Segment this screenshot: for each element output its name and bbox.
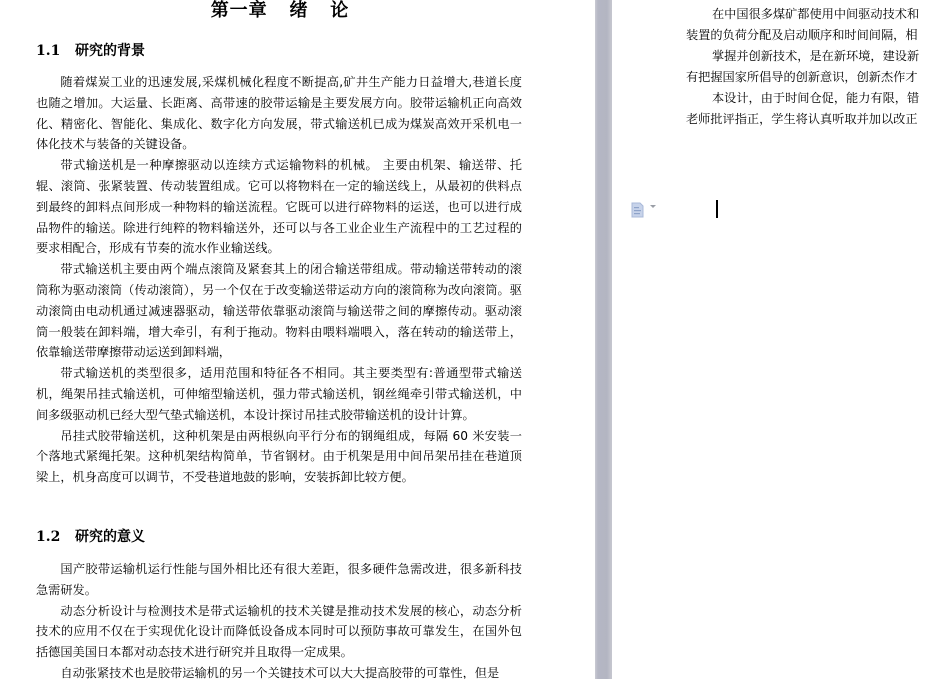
page-gutter — [595, 0, 612, 679]
text-line: 掌握并创新技术，是在新环境，建设新 — [686, 46, 930, 67]
paragraph: 带式输送机主要由两个端点滚筒及紧套其上的闭合输送带组成。带动输送带转动的滚筒称为… — [36, 259, 522, 363]
paragraph: 动态分析设计与检测技术是带式运输机的技术关键是推动技术发展的核心，动态分析技术的… — [36, 601, 522, 663]
text-line: 老师批评指正，学生将认真听取并加以改正 — [686, 109, 930, 130]
document-page-left[interactable]: 第一章 绪 论 1.1 研究的背景 随着煤炭工业的迅速发展,采煤机械化程度不断提… — [0, 0, 595, 679]
text-line: 本设计，由于时间仓促，能力有限，错 — [686, 88, 930, 109]
section-1-1-body: 随着煤炭工业的迅速发展,采煤机械化程度不断提高,矿井生产能力日益增大,巷道长度也… — [36, 72, 522, 488]
document-page-right[interactable]: 在中国很多煤矿都使用中间驱动技术和 装置的负荷分配及启动顺序和时间间隔，相 掌握… — [612, 0, 930, 679]
paste-options-chevron-down-icon[interactable] — [650, 205, 656, 208]
right-page-body: 在中国很多煤矿都使用中间驱动技术和 装置的负荷分配及启动顺序和时间间隔，相 掌握… — [686, 4, 930, 130]
section-heading-1-1: 1.1 研究的背景 — [36, 40, 145, 60]
paragraph: 自动张紧技术也是胶带运输机的另一个关键技术可以大大提高胶带的可靠性，但是 — [36, 663, 522, 679]
paragraph: 带式输送机的类型很多，适用范围和特征各不相同。其主要类型有:普通型带式输送机，绳… — [36, 363, 522, 425]
text-line: 有把握国家所倡导的创新意识，创新杰作才 — [686, 67, 930, 88]
paste-options-icon[interactable] — [631, 202, 645, 218]
paragraph: 吊挂式胶带输送机，这种机架是由两根纵向平行分布的钢绳组成，每隔 60 米安装一个… — [36, 426, 522, 488]
text-line: 在中国很多煤矿都使用中间驱动技术和 — [686, 4, 930, 25]
paragraph: 随着煤炭工业的迅速发展,采煤机械化程度不断提高,矿井生产能力日益增大,巷道长度也… — [36, 72, 522, 155]
paragraph: 带式输送机是一种摩擦驱动以连续方式运输物料的机械。 主要由机架、输送带、托辊、滚… — [36, 155, 522, 259]
paragraph: 国产胶带运输机运行性能与国外相比还有很大差距，很多硬件急需改进，很多新科技急需研… — [36, 559, 522, 601]
section-heading-1-2: 1.2 研究的意义 — [36, 526, 145, 546]
chapter-title: 第一章 绪 论 — [0, 0, 560, 22]
text-cursor — [716, 200, 718, 218]
text-line: 装置的负荷分配及启动顺序和时间间隔，相 — [686, 25, 930, 46]
section-1-2-body: 国产胶带运输机运行性能与国外相比还有很大差距，很多硬件急需改进，很多新科技急需研… — [36, 559, 522, 679]
